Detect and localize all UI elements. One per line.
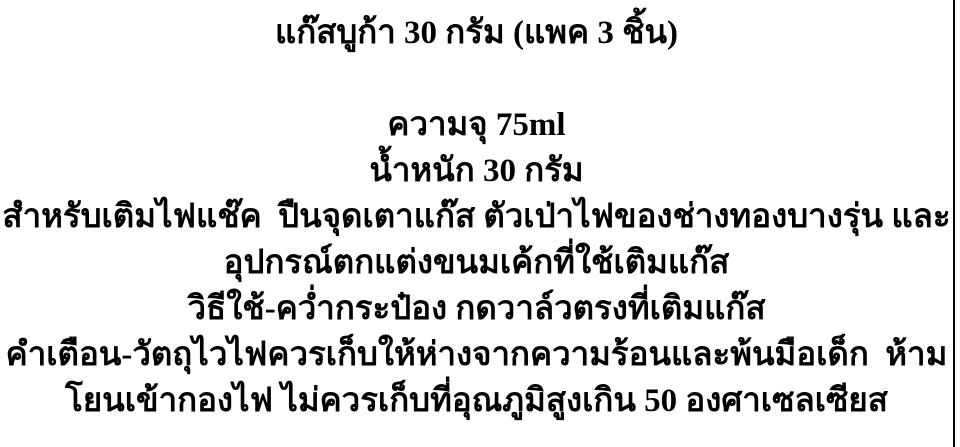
usage-line-1: สำหรับเติมไฟแช๊ค ปืนจุดเตาแก๊ส ตัวเป่าไฟ… — [0, 194, 953, 240]
product-description-panel: แก๊สบูก้า 30 กรัม (แพค 3 ชิ้น) ความจุ 75… — [0, 0, 953, 447]
right-border-rule — [953, 0, 955, 447]
blank-line — [0, 56, 953, 102]
warning-line-2: โยนเข้ากองไฟ ไม่ควรเก็บที่อุณภูมิสูงเกิน… — [0, 378, 953, 424]
instructions-line: วิธีใช้-คว่ำกระป๋อง กดวาล์วตรงที่เติมแก๊… — [0, 286, 953, 332]
usage-line-2: อุปกรณ์ตกแต่งขนมเค้กที่ใช้เติมแก๊ส — [0, 240, 953, 286]
product-description-page: { "product_label": { "title": "แก๊สบูก้า… — [0, 0, 960, 447]
weight-line: น้ำหนัก 30 กรัม — [0, 148, 953, 194]
capacity-line: ความจุ 75ml — [0, 102, 953, 148]
product-title: แก๊สบูก้า 30 กรัม (แพค 3 ชิ้น) — [0, 10, 953, 56]
warning-line-1: คำเตือน-วัตถุไวไฟควรเก็บให้ห่างจากความร้… — [0, 332, 953, 378]
